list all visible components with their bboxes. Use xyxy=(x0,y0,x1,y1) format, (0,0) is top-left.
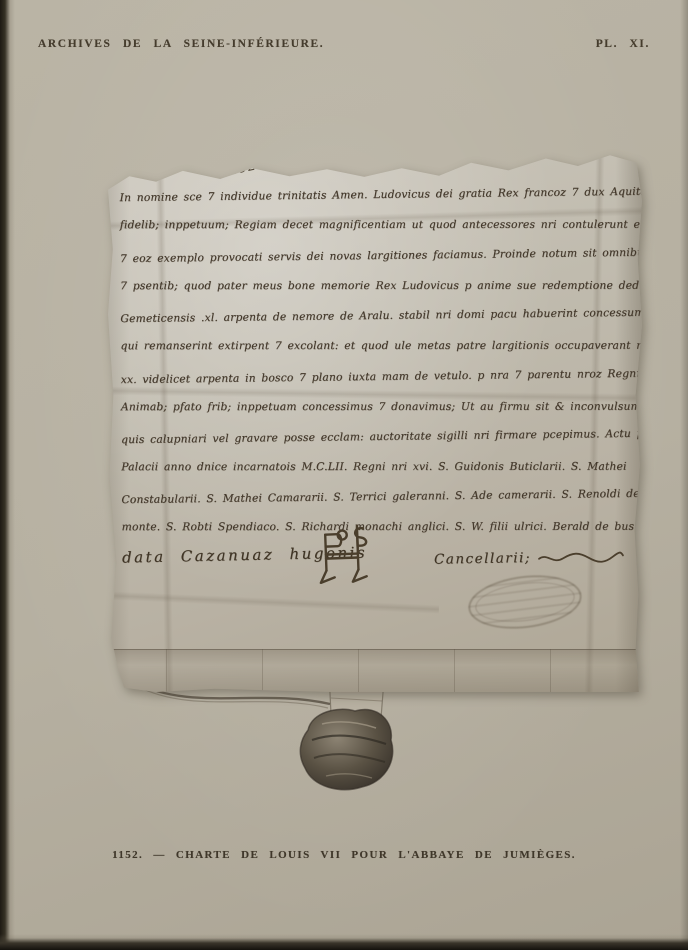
manuscript-line-5: Gemeticensis .xl. arpenta de nemore de A… xyxy=(120,306,636,325)
book-page: ARCHIVES DE LA SEINE-INFÉRIEURE. PL. XI. xyxy=(0,0,688,950)
charter-photograph: 1152 In nomine sce 7 individue trinitati… xyxy=(108,152,642,692)
page-right-edge xyxy=(680,0,688,950)
manuscript-line-1: In nomine sce 7 individue trinitatis Ame… xyxy=(120,185,636,204)
pen-flourish-icon xyxy=(537,548,625,566)
wax-seal xyxy=(300,709,392,789)
page-bottom-edge xyxy=(0,934,688,950)
manuscript-line-10: Palacii anno dnice incarnatois M.C.LII. … xyxy=(121,460,637,473)
manuscript-line-11: Constabularii. S. Mathei Camararii. S. T… xyxy=(121,487,637,506)
manuscript-line-9: quis calupniari vel gravare posse ecclam… xyxy=(121,427,637,446)
parchment-sheet: 1152 In nomine sce 7 individue trinitati… xyxy=(108,152,642,692)
plate-caption: 1152. — CHARTE DE LOUIS VII POUR L'ABBAY… xyxy=(0,849,688,861)
archive-series-title: ARCHIVES DE LA SEINE-INFÉRIEURE. xyxy=(38,38,324,50)
chancellor-label: Cancellarii; xyxy=(434,550,531,568)
chancellor-subscription: Cancellarii; xyxy=(434,548,625,567)
manuscript-line-6: qui remanserint extirpent 7 excolant: et… xyxy=(121,339,637,352)
manuscript-line-7: xx. videlicet arpenta in bosco 7 plano i… xyxy=(121,367,637,386)
plica-fold xyxy=(108,649,642,693)
plate-number: PL. XI. xyxy=(596,38,650,50)
manuscript-line-4: 7 psentib; quod pater meus bone memorie … xyxy=(120,279,636,292)
manuscript-line-8: Animab; pfato frib; inppetuam concessimu… xyxy=(121,400,637,413)
royal-monogram-icon xyxy=(311,523,377,591)
manuscript-line-2: fidelib; inppetuum; Regiam decet magnifi… xyxy=(120,218,636,231)
running-header: ARCHIVES DE LA SEINE-INFÉRIEURE. PL. XI. xyxy=(0,38,688,50)
manuscript-line-3: 7 eoz exemplo provocati servis dei novas… xyxy=(120,246,636,265)
page-left-edge xyxy=(0,0,15,950)
manuscript-line-12: monte. S. Robti Spendiaco. S. Richardi m… xyxy=(122,520,638,533)
